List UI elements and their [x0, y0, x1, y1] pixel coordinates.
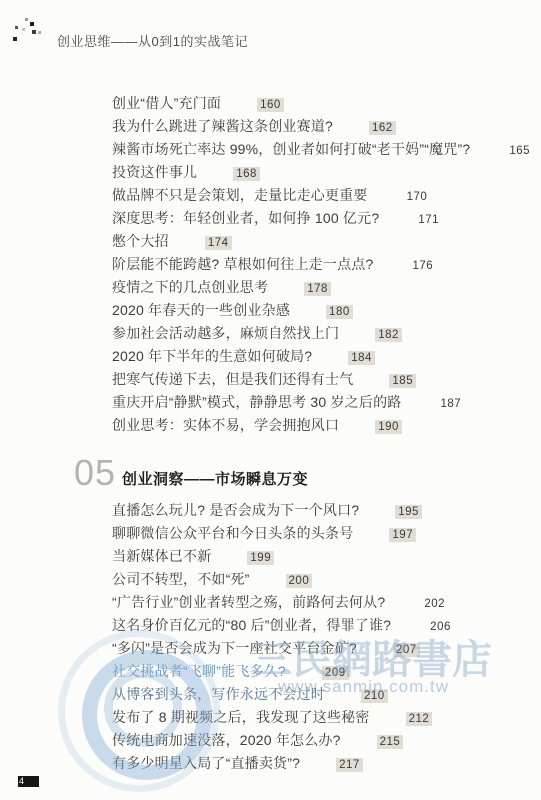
toc-section: 创业“借人”充门面160 我为什么跳进了辣酱这条创业赛道?162 辣酱市场死亡率…	[112, 92, 532, 437]
toc-entry-page: 180	[326, 305, 353, 319]
toc-entry-page: 187	[437, 397, 464, 411]
table-of-contents: 创业“借人”充门面160 我为什么跳进了辣酱这条创业赛道?162 辣酱市场死亡率…	[112, 92, 532, 775]
toc-entry: 疫情之下的几点创业思考178	[112, 276, 532, 299]
toc-entry: 做品牌不只是会策划，走量比走心更重要170	[112, 184, 532, 207]
toc-entry: 创业思考：实体不易，学会拥抱风口190	[112, 414, 532, 437]
toc-entry: 有多少明星入局了“直播卖货”?217	[112, 752, 532, 775]
toc-entry: 重庆开启“静默”模式，静静思考 30 岁之后的路187	[112, 391, 532, 414]
toc-entry: 投资这件事儿168	[112, 161, 532, 184]
toc-entry-title: 当新媒体已不新	[112, 548, 211, 564]
toc-entry-title: 这名身价百亿元的“80 后”创业者，得罪了谁?	[112, 617, 391, 633]
toc-entry: “广告行业”创业者转型之殇，前路何去何从?202	[112, 591, 532, 614]
book-title: 创业思维——从0到1的实战笔记	[57, 31, 248, 50]
toc-entry-title: 传统电商加速没落，2020 年怎么办?	[112, 732, 341, 748]
toc-entry-page: 162	[369, 121, 396, 135]
toc-entry-page: 212	[406, 712, 433, 726]
toc-entry-title: 创业“借人”充门面	[112, 95, 221, 111]
toc-entry-page: 185	[389, 374, 416, 388]
toc-entry: 把寒气传递下去，但是我们还得有士气185	[112, 368, 532, 391]
toc-entry-title: 公司不转型，不如“死”	[112, 571, 250, 587]
toc-entry-page: 176	[409, 259, 436, 273]
toc-entry-page: 210	[361, 689, 388, 703]
toc-entry-title: 做品牌不只是会策划，走量比走心更重要	[112, 187, 368, 203]
toc-entry-page: 197	[389, 528, 416, 542]
toc-entry-title: 我为什么跳进了辣酱这条创业赛道?	[112, 118, 333, 134]
toc-entry: 辣酱市场死亡率达 99%，创业者如何打破“老干妈”“魔咒”?165	[112, 138, 532, 161]
toc-entry-page: 165	[506, 144, 533, 158]
toc-entry: 深度思考：年轻创业者，如何挣 100 亿元?171	[112, 207, 532, 230]
toc-entry-title: 疫情之下的几点创业思考	[112, 279, 268, 295]
toc-entry-title: 重庆开启“静默”模式，静静思考 30 岁之后的路	[112, 394, 401, 410]
toc-entry: 聊聊微信公众平台和今日头条的头条号197	[112, 522, 532, 545]
toc-entry-page: 195	[395, 505, 422, 519]
toc-entry: 发布了 8 期视频之后，我发现了这些秘密212	[112, 706, 532, 729]
toc-entry-page: 184	[348, 351, 375, 365]
toc-entry: 公司不转型，不如“死”200	[112, 568, 532, 591]
toc-entry-page: 207	[393, 643, 420, 657]
toc-entry: 参加社会活动越多，麻烦自然找上门182	[112, 322, 532, 345]
toc-entry-title: 聊聊微信公众平台和今日头条的头条号	[112, 525, 353, 541]
toc-entry: 从博客到头条，写作永远不会过时210	[112, 683, 532, 706]
toc-entry-title: 2020 年下半年的生意如何破局?	[112, 348, 312, 364]
toc-entry: 社交挑战者“飞聊”能飞多久?209	[112, 660, 532, 683]
toc-entry-page: 200	[286, 574, 313, 588]
toc-entry-page: 182	[375, 328, 402, 342]
toc-entry-page: 171	[415, 213, 442, 227]
toc-entry-title: “广告行业”创业者转型之殇，前路何去何从?	[112, 594, 385, 610]
toc-entry: “多闪”是否会成为下一座社交平台金矿?207	[112, 637, 532, 660]
toc-entry: 传统电商加速没落，2020 年怎么办?215	[112, 729, 532, 752]
toc-entry-title: 有多少明星入局了“直播卖货”?	[112, 755, 300, 771]
page-number-tab: 4	[18, 776, 39, 787]
section-title: 创业洞察——市场瞬息万变	[122, 469, 308, 491]
section-entries: 直播怎么玩儿? 是否会成为下一个风口?195 聊聊微信公众平台和今日头条的头条号…	[112, 499, 532, 775]
toc-entry-page: 178	[304, 282, 331, 296]
toc-entry-title: 阶层能不能跨越? 草根如何往上走一点点?	[112, 256, 373, 272]
toc-entry: 这名身价百亿元的“80 后”创业者，得罪了谁?206	[112, 614, 532, 637]
toc-entry-title: 把寒气传递下去，但是我们还得有士气	[112, 371, 353, 387]
toc-entry-page: 206	[427, 620, 454, 634]
toc-entry-title: 社交挑战者“飞聊”能飞多久?	[112, 663, 286, 679]
toc-entry: 我为什么跳进了辣酱这条创业赛道?162	[112, 115, 532, 138]
section-header: 05 创业洞察——市场瞬息万变	[74, 453, 532, 491]
toc-entry-page: 209	[322, 666, 349, 680]
toc-entry-page: 160	[257, 98, 284, 112]
toc-entry-title: 参加社会活动越多，麻烦自然找上门	[112, 325, 339, 341]
toc-entry-title: 从博客到头条，写作永远不会过时	[112, 686, 325, 702]
book-page: 创业思维——从0到1的实战笔记 创业“借人”充门面160 我为什么跳进了辣酱这条…	[0, 0, 541, 800]
section-number: 05	[74, 455, 122, 491]
toc-entry-page: 199	[247, 551, 274, 565]
toc-entry: 创业“借人”充门面160	[112, 92, 532, 115]
toc-entry-title: “多闪”是否会成为下一座社交平台金矿?	[112, 640, 357, 656]
toc-entry-title: 憋个大招	[112, 233, 169, 249]
toc-entry: 阶层能不能跨越? 草根如何往上走一点点?176	[112, 253, 532, 276]
toc-entry-title: 深度思考：年轻创业者，如何挣 100 亿元?	[112, 210, 379, 226]
toc-entry: 憋个大招174	[112, 230, 532, 253]
toc-entry: 直播怎么玩儿? 是否会成为下一个风口?195	[112, 499, 532, 522]
toc-entry-title: 直播怎么玩儿? 是否会成为下一个风口?	[112, 502, 359, 518]
toc-entry-page: 217	[336, 758, 363, 772]
toc-entry-page: 170	[404, 190, 431, 204]
toc-entry-title: 投资这件事儿	[112, 164, 197, 180]
page-header: 创业思维——从0到1的实战笔记	[0, 0, 541, 60]
toc-entry-page: 190	[375, 420, 402, 434]
toc-entry-title: 发布了 8 期视频之后，我发现了这些秘密	[112, 709, 370, 725]
section-entries: 创业“借人”充门面160 我为什么跳进了辣酱这条创业赛道?162 辣酱市场死亡率…	[112, 92, 532, 437]
toc-entry: 当新媒体已不新199	[112, 545, 532, 568]
toc-entry: 2020 年下半年的生意如何破局?184	[112, 345, 532, 368]
toc-entry: 2020 年春天的一些创业杂感180	[112, 299, 532, 322]
toc-entry-page: 174	[205, 236, 232, 250]
toc-entry-page: 202	[421, 597, 448, 611]
toc-entry-title: 辣酱市场死亡率达 99%，创业者如何打破“老干妈”“魔咒”?	[112, 141, 470, 157]
toc-section: 05 创业洞察——市场瞬息万变 直播怎么玩儿? 是否会成为下一个风口?195 聊…	[112, 453, 532, 775]
toc-entry-page: 215	[377, 735, 404, 749]
toc-entry-page: 168	[233, 167, 260, 181]
publisher-logo-icon	[12, 13, 46, 45]
toc-entry-title: 创业思考：实体不易，学会拥抱风口	[112, 417, 339, 433]
toc-entry-title: 2020 年春天的一些创业杂感	[112, 302, 290, 318]
